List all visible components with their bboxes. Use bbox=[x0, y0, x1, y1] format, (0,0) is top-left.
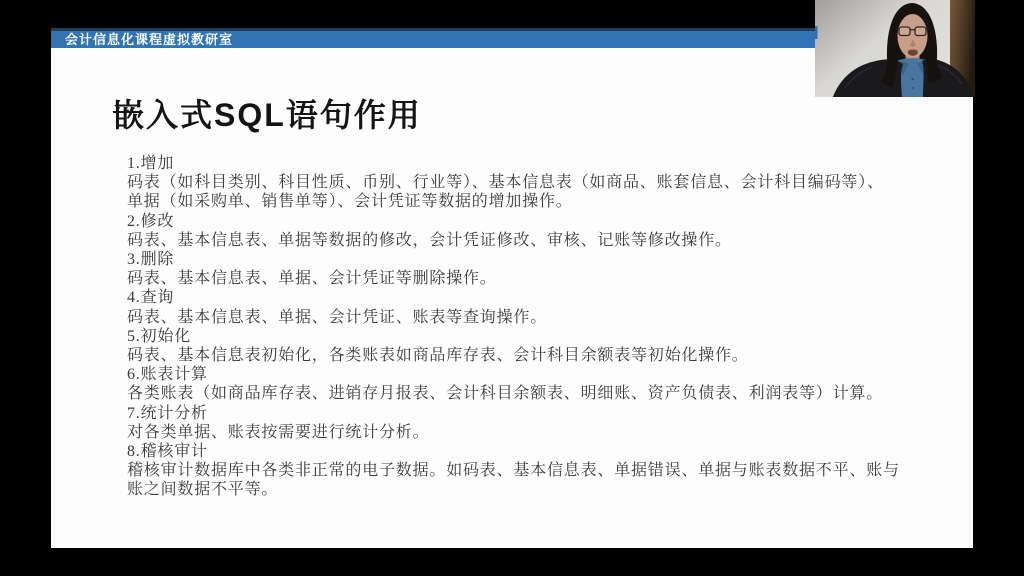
slide-body: 1.增加码表（如科目类别、科目性质、币别、行业等）、基本信息表（如商品、账套信息… bbox=[127, 154, 900, 500]
slide-text-line: 4.查询 bbox=[127, 288, 900, 307]
slide-text-line: 5.初始化 bbox=[127, 327, 900, 346]
slide-text-line: 7.统计分析 bbox=[127, 404, 900, 423]
blue-edge-artifact bbox=[815, 26, 818, 39]
slide-text-line: 账之间数据不平等。 bbox=[127, 480, 900, 499]
slide-title: 嵌入式SQL语句作用 bbox=[112, 90, 422, 136]
participant-video-tile[interactable] bbox=[815, 0, 975, 97]
slide-text-line: 1.增加 bbox=[127, 154, 900, 173]
slide-text-line: 单据（如采购单、销售单等）、会计凭证等数据的增加操作。 bbox=[127, 192, 900, 211]
presentation-slide: 嵌入式SQL语句作用 1.增加码表（如科目类别、科目性质、币别、行业等）、基本信… bbox=[51, 48, 973, 548]
slide-text-line: 码表、基本信息表、单据、会计凭证等删除操作。 bbox=[127, 269, 900, 288]
screen-share-stage: 会计信息化课程虚拟教研室 嵌入式SQL语句作用 1.增加码表（如科目类别、科目性… bbox=[0, 0, 1024, 576]
slide-text-line: 码表、基本信息表、单据等数据的修改，会计凭证修改、审核、记账等修改操作。 bbox=[127, 231, 900, 250]
slide-text-line: 2.修改 bbox=[127, 212, 900, 231]
slide-text-line: 码表、基本信息表、单据、会计凭证、账表等查询操作。 bbox=[127, 308, 900, 327]
slide-text-line: 码表（如科目类别、科目性质、币别、行业等）、基本信息表（如商品、账套信息、会计科… bbox=[127, 173, 900, 192]
slide-text-line: 3.删除 bbox=[127, 250, 900, 269]
slide-text-line: 稽核审计数据库中各类非正常的电子数据。如码表、基本信息表、单据错误、单据与账表数… bbox=[127, 461, 900, 480]
slide-text-line: 6.账表计算 bbox=[127, 365, 900, 384]
slide-text-line: 各类账表（如商品库存表、进销存月报表、会计科目余额表、明细账、资产负债表、利润表… bbox=[127, 384, 900, 403]
slide-text-line: 8.稽核审计 bbox=[127, 442, 900, 461]
participant-portrait bbox=[815, 0, 975, 97]
slide-text-line: 对各类单据、账表按需要进行统计分析。 bbox=[127, 423, 900, 442]
slide-text-line: 码表、基本信息表初始化，各类账表如商品库存表、会计科目余额表等初始化操作。 bbox=[127, 346, 900, 365]
